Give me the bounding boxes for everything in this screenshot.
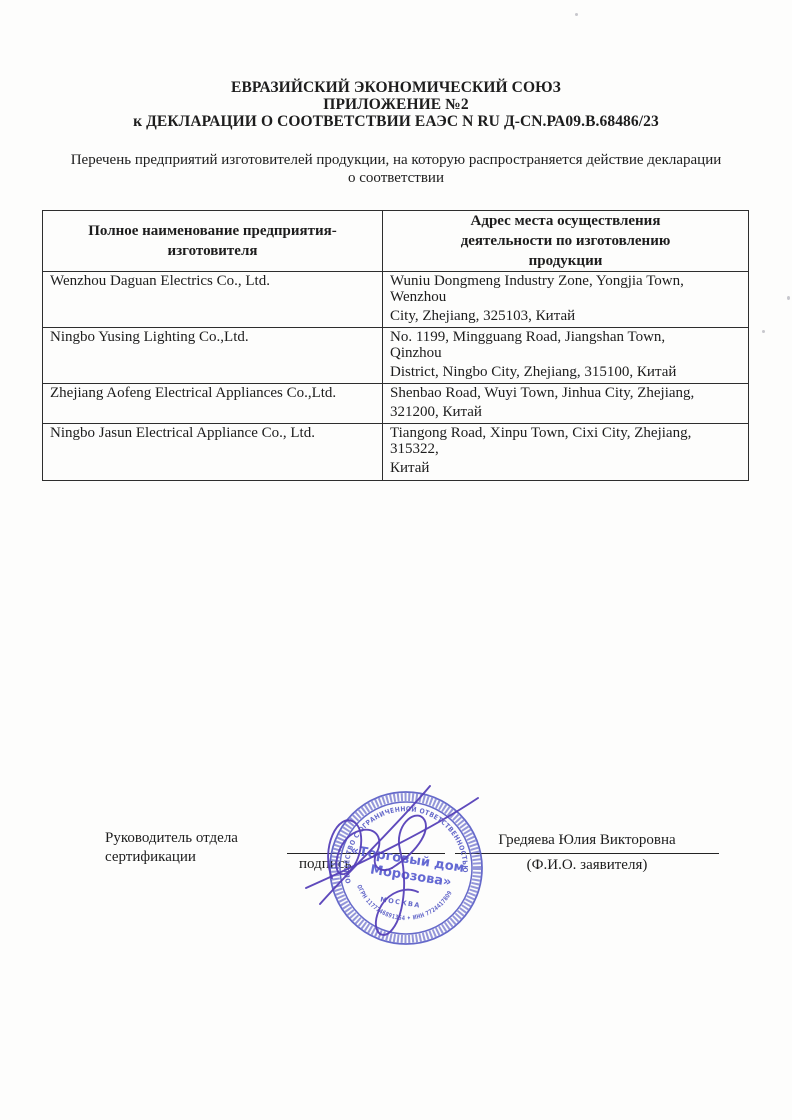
manufacturer-name: Ningbo Jasun Electrical Appliance Co., L…: [43, 424, 383, 481]
doc-header: ЕВРАЗИЙСКИЙ ЭКОНОМИЧЕСКИЙ СОЮЗ ПРИЛОЖЕНИ…: [0, 79, 792, 130]
handwritten-signature: [280, 778, 500, 946]
address-line: City, Zhejiang, 325103, Китай: [390, 308, 741, 324]
doc-title-union: ЕВРАЗИЙСКИЙ ЭКОНОМИЧЕСКИЙ СОЮЗ: [0, 79, 792, 96]
signature-flourish-1: [306, 798, 478, 888]
table-row: Ningbo Yusing Lighting Co.,Ltd. No. 1199…: [43, 328, 749, 384]
address-line: Wuniu Dongmeng Industry Zone, Yongjia To…: [390, 273, 741, 305]
signature-loops: [328, 820, 392, 878]
manufacturer-address: Shenbao Road, Wuyi Town, Jinhua City, Zh…: [383, 384, 749, 424]
table-row: Zhejiang Aofeng Electrical Appliances Co…: [43, 384, 749, 424]
table-row: Ningbo Jasun Electrical Appliance Co., L…: [43, 424, 749, 481]
manufacturer-name: Ningbo Yusing Lighting Co.,Ltd.: [43, 328, 383, 384]
doc-title-appendix: ПРИЛОЖЕНИЕ №2: [0, 96, 792, 113]
address-line: 321200, Китай: [390, 404, 741, 420]
signature-flourish-2: [320, 786, 430, 904]
address-line: District, Ningbo City, Zhejiang, 315100,…: [390, 364, 741, 380]
manufacturer-address: Tiangong Road, Xinpu Town, Cixi City, Zh…: [383, 424, 749, 481]
col-header-manufacturer-address: Адрес места осуществления деятельности п…: [383, 211, 749, 272]
scan-speck: [762, 330, 765, 333]
manufacturer-name: Zhejiang Aofeng Electrical Appliances Co…: [43, 384, 383, 424]
address-line: No. 1199, Mingguang Road, Jiangshan Town…: [390, 329, 741, 361]
scan-speck: [575, 13, 578, 16]
signer-role: Руководитель отдела сертификации: [105, 829, 295, 867]
doc-subtitle: Перечень предприятий изготовителей проду…: [40, 151, 752, 187]
manufacturers-table: Полное наименование предприятия- изготов…: [42, 210, 749, 481]
table-header-row: Полное наименование предприятия- изготов…: [43, 211, 749, 272]
manufacturer-address: Wuniu Dongmeng Industry Zone, Yongjia To…: [383, 272, 749, 328]
address-line: Shenbao Road, Wuyi Town, Jinhua City, Zh…: [390, 385, 741, 401]
table-row: Wenzhou Daguan Electrics Co., Ltd. Wuniu…: [43, 272, 749, 328]
address-line: Китай: [390, 460, 741, 476]
manufacturer-address: No. 1199, Mingguang Road, Jiangshan Town…: [383, 328, 749, 384]
scan-speck: [787, 296, 790, 300]
document-page: ЕВРАЗИЙСКИЙ ЭКОНОМИЧЕСКИЙ СОЮЗ ПРИЛОЖЕНИ…: [0, 0, 792, 1120]
address-line: Tiangong Road, Xinpu Town, Cixi City, Zh…: [390, 425, 741, 457]
doc-title-declaration-number: к ДЕКЛАРАЦИИ О СООТВЕТСТВИИ ЕАЭС N RU Д-…: [0, 113, 792, 130]
col-header-manufacturer-name: Полное наименование предприятия- изготов…: [43, 211, 383, 272]
manufacturer-name: Wenzhou Daguan Electrics Co., Ltd.: [43, 272, 383, 328]
